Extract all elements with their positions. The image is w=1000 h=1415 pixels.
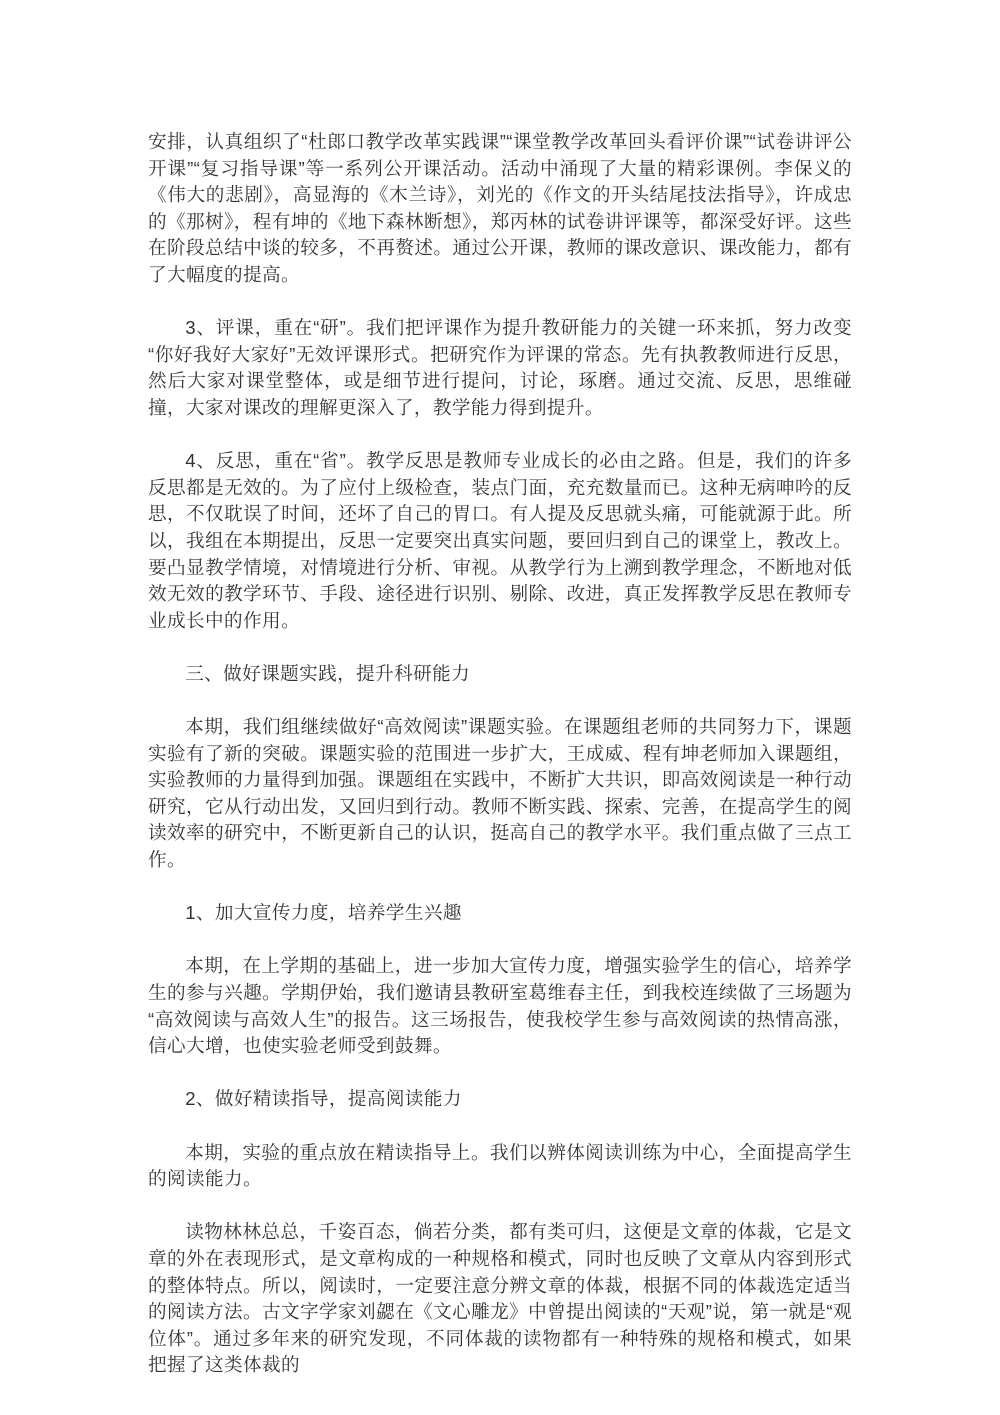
paragraph-item-4-fansi: 4、反思，重在“省”。教学反思是教师专业成长的必由之路。但是，我们的许多反思都是… bbox=[148, 448, 852, 634]
paragraph-item-3-pingke: 3、评课，重在“研”。我们把评课作为提升教研能力的关键一环来抓，努力改变“你好我… bbox=[148, 315, 852, 421]
paragraph-continuation: 安排，认真组织了“杜郎口教学改革实践课”“课堂教学改革回头看评价课”“试卷讲评公… bbox=[148, 129, 852, 289]
document-page: 安排，认真组织了“杜郎口教学改革实践课”“课堂教学改革回头看评价课”“试卷讲评公… bbox=[0, 0, 1000, 1415]
sub-heading-2-reading-guidance: 2、做好精读指导，提高阅读能力 bbox=[148, 1086, 852, 1113]
paragraph-research-project: 本期，我们组继续做好“高效阅读”课题实验。在课题组老师的共同努力下，课题实验有了… bbox=[148, 714, 852, 874]
paragraph-genre-reading: 读物林林总总，千姿百态，倘若分类，都有类可归，这便是文章的体裁，它是文章的外在表… bbox=[148, 1219, 852, 1379]
section-heading-3: 三、做好课题实践，提升科研能力 bbox=[148, 661, 852, 688]
sub-heading-1-publicity: 1、加大宣传力度，培养学生兴趣 bbox=[148, 900, 852, 927]
paragraph-publicity: 本期，在上学期的基础上，进一步加大宣传力度，增强实验学生的信心，培养学生的参与兴… bbox=[148, 953, 852, 1059]
paragraph-reading-guidance: 本期，实验的重点放在精读指导上。我们以辨体阅读训练为中心，全面提高学生的阅读能力… bbox=[148, 1140, 852, 1193]
document-body: 安排，认真组织了“杜郎口教学改革实践课”“课堂教学改革回头看评价课”“试卷讲评公… bbox=[148, 129, 852, 1379]
